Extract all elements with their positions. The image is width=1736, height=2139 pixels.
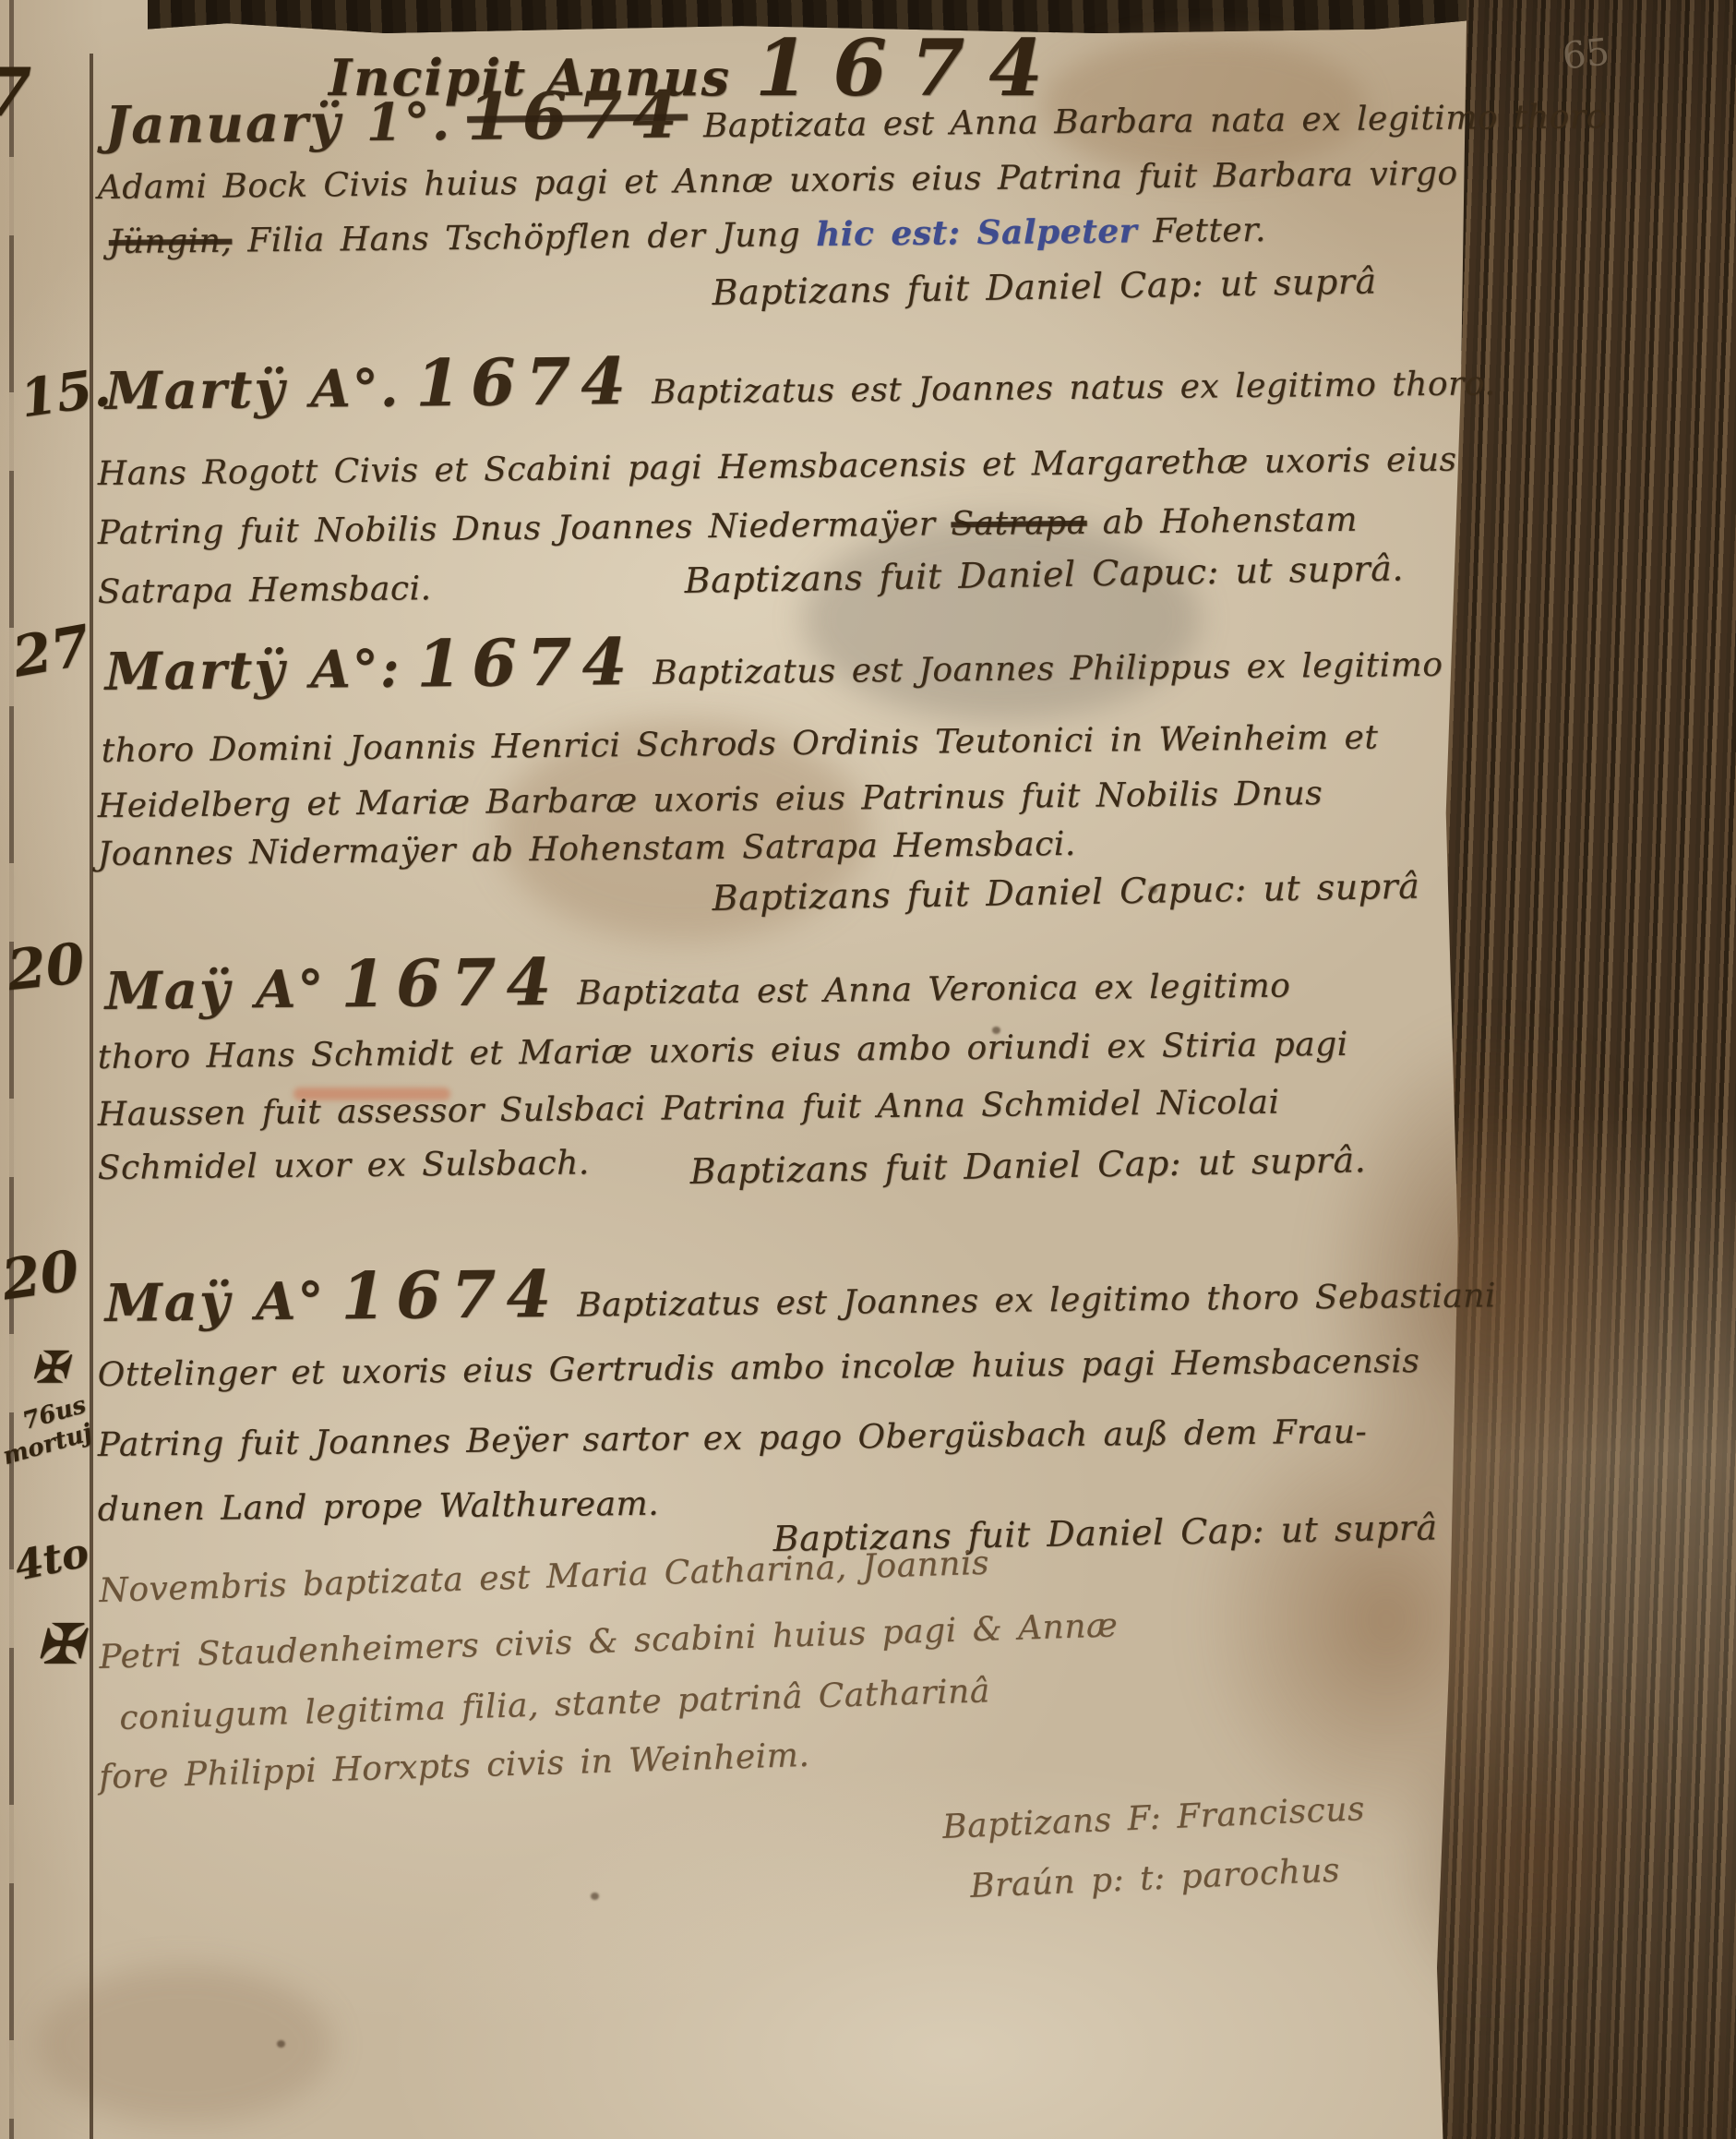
entry-1-baptizans: Baptizans fuit Daniel Cap: ut suprâ	[712, 263, 1377, 310]
entry-1-line-2: Adami Bock Civis huius pagi et Annæ uxor…	[98, 158, 1458, 205]
entry-1-text: Filia Hans Tschöpflen der Jung	[247, 216, 800, 259]
entry-3-line-3: Heidelberg et Mariæ Barbaræ uxoris eius …	[98, 777, 1323, 823]
manuscript-page: Incipit Annus1674 65 7 15. 27 20 20 ✠ 76…	[0, 0, 1736, 2139]
entry-2-text: ab Hohenstam	[1102, 501, 1358, 542]
entry-6-line-3: coniugum legitima filia, stante patrinâ …	[119, 1675, 990, 1736]
book-fore-edge	[1437, 0, 1736, 2139]
entry-3-date: Martÿ A°:	[104, 639, 401, 703]
entry-1-line-3: Jüngin, Filia Hans Tschöpflen der Jung h…	[109, 213, 1266, 259]
folio-number: 65	[1561, 30, 1611, 78]
entry-5-line-3: Patring fuit Joannes Beÿer sartor ex pag…	[98, 1416, 1368, 1462]
entry-6-line-2: Petri Staudenheimers civis & scabini hui…	[99, 1609, 1119, 1675]
margin-day-entry-5: 20	[0, 1243, 82, 1308]
cross-icon: ✠	[31, 1346, 67, 1388]
margin-day-entry-6: 4to	[11, 1532, 92, 1588]
margin-day-entry-2: 15.	[18, 361, 114, 425]
entry-6-signature-2: Braún p: t: parochus	[969, 1855, 1340, 1904]
entry-4-year: 1674	[341, 943, 562, 1022]
entry-2-date: Martÿ A°.	[104, 358, 400, 422]
left-page-edge-line	[9, 0, 14, 2139]
entry-2-line-3: Patring fuit Nobilis Dnus Joannes Nieder…	[98, 504, 1358, 550]
entry-6-signature-1: Baptizans F: Franciscus	[941, 1793, 1365, 1845]
entry-6-line-4: fore Philippi Horxpts civis in Weinheim.	[99, 1739, 810, 1795]
entry-3-line-2: thoro Domini Joannis Henrici Schrods Ord…	[102, 722, 1379, 768]
entry-2-baptizans: Baptizans fuit Daniel Capuc: ut suprâ.	[684, 550, 1404, 598]
entry-4-line-2: thoro Hans Schmidt et Mariæ uxoris eius …	[98, 1028, 1348, 1075]
entry-3-text: Baptizatus est Joannes Philippus ex legi…	[652, 646, 1443, 692]
entry-2-text: Baptizatus est Joannes natus ex legitimo…	[652, 365, 1496, 412]
ink-speck	[277, 2040, 285, 2048]
entry-1-text: Fetter.	[1153, 211, 1266, 250]
entry-4-baptizans: Baptizans fuit Daniel Cap: ut suprâ.	[689, 1142, 1366, 1189]
entry-2-text: Patring fuit Nobilis Dnus Joannes Nieder…	[98, 505, 936, 552]
entry-2-line-4: Satrapa Hemsbaci.	[98, 572, 432, 609]
entry-4-line-3: Haussen fuit assessor Sulsbaci Patrina f…	[98, 1087, 1280, 1132]
margin-day-entry-1: 7	[0, 59, 31, 126]
struck-word: Satrapa	[951, 504, 1087, 544]
entry-5-line-4: dunen Land prope Walthuream.	[98, 1488, 660, 1527]
entry-3-line-4: Joannes Nidermaÿer ab Hohenstam Satrapa …	[98, 828, 1076, 871]
ink-speck	[591, 1893, 599, 1900]
entry-4-line-1: Maÿ A° 1674 Baptizata est Anna Veronica …	[104, 943, 1290, 1019]
entry-1-year: 1674	[467, 76, 688, 154]
entry-5-year: 1674	[341, 1256, 562, 1334]
entry-3-line-1: Martÿ A°: 1674 Baptizatus est Joannes Ph…	[104, 621, 1443, 700]
entry-6-line-1: Novembris baptizata est Maria Catharina,…	[99, 1547, 990, 1608]
entry-5-line-1: Maÿ A° 1674 Baptizatus est Joannes ex le…	[104, 1252, 1496, 1331]
margin-day-entry-3: 27	[8, 618, 94, 686]
margin-day-entry-4: 20	[5, 936, 87, 999]
entry-2-year: 1674	[415, 342, 637, 421]
entry-1-text: Baptizata est Anna Barbara nata ex legit…	[703, 98, 1607, 145]
entry-2-line-1: Martÿ A°. 1674 Baptizatus est Joannes na…	[104, 340, 1495, 419]
blue-ink-annotation: hic est: Salpeter	[816, 211, 1137, 254]
entry-4-line-4: Schmidel uxor ex Sulsbach.	[98, 1147, 590, 1185]
entry-2-line-2: Hans Rogott Civis et Scabini pagi Hemsba…	[98, 444, 1457, 491]
entry-4-text: Baptizata est Anna Veronica ex legitimo	[577, 967, 1290, 1013]
struck-word: Jüngin,	[109, 222, 233, 261]
entry-4-date: Maÿ A°	[104, 959, 325, 1022]
stain-bottom-left	[37, 1966, 332, 2123]
entry-3-year: 1674	[416, 623, 638, 702]
cross-icon: ✠	[37, 1617, 82, 1671]
entry-5-text: Baptizatus est Joannes ex legitimo thoro…	[577, 1277, 1496, 1324]
entry-3-baptizans: Baptizans fuit Daniel Capuc: ut suprâ	[712, 869, 1419, 916]
entry-5-line-2: Ottelinger et uxoris eius Gertrudis ambo…	[98, 1345, 1420, 1392]
entry-1-date: Januarÿ 1°.	[104, 91, 451, 156]
entry-5-date: Maÿ A°	[104, 1271, 325, 1334]
